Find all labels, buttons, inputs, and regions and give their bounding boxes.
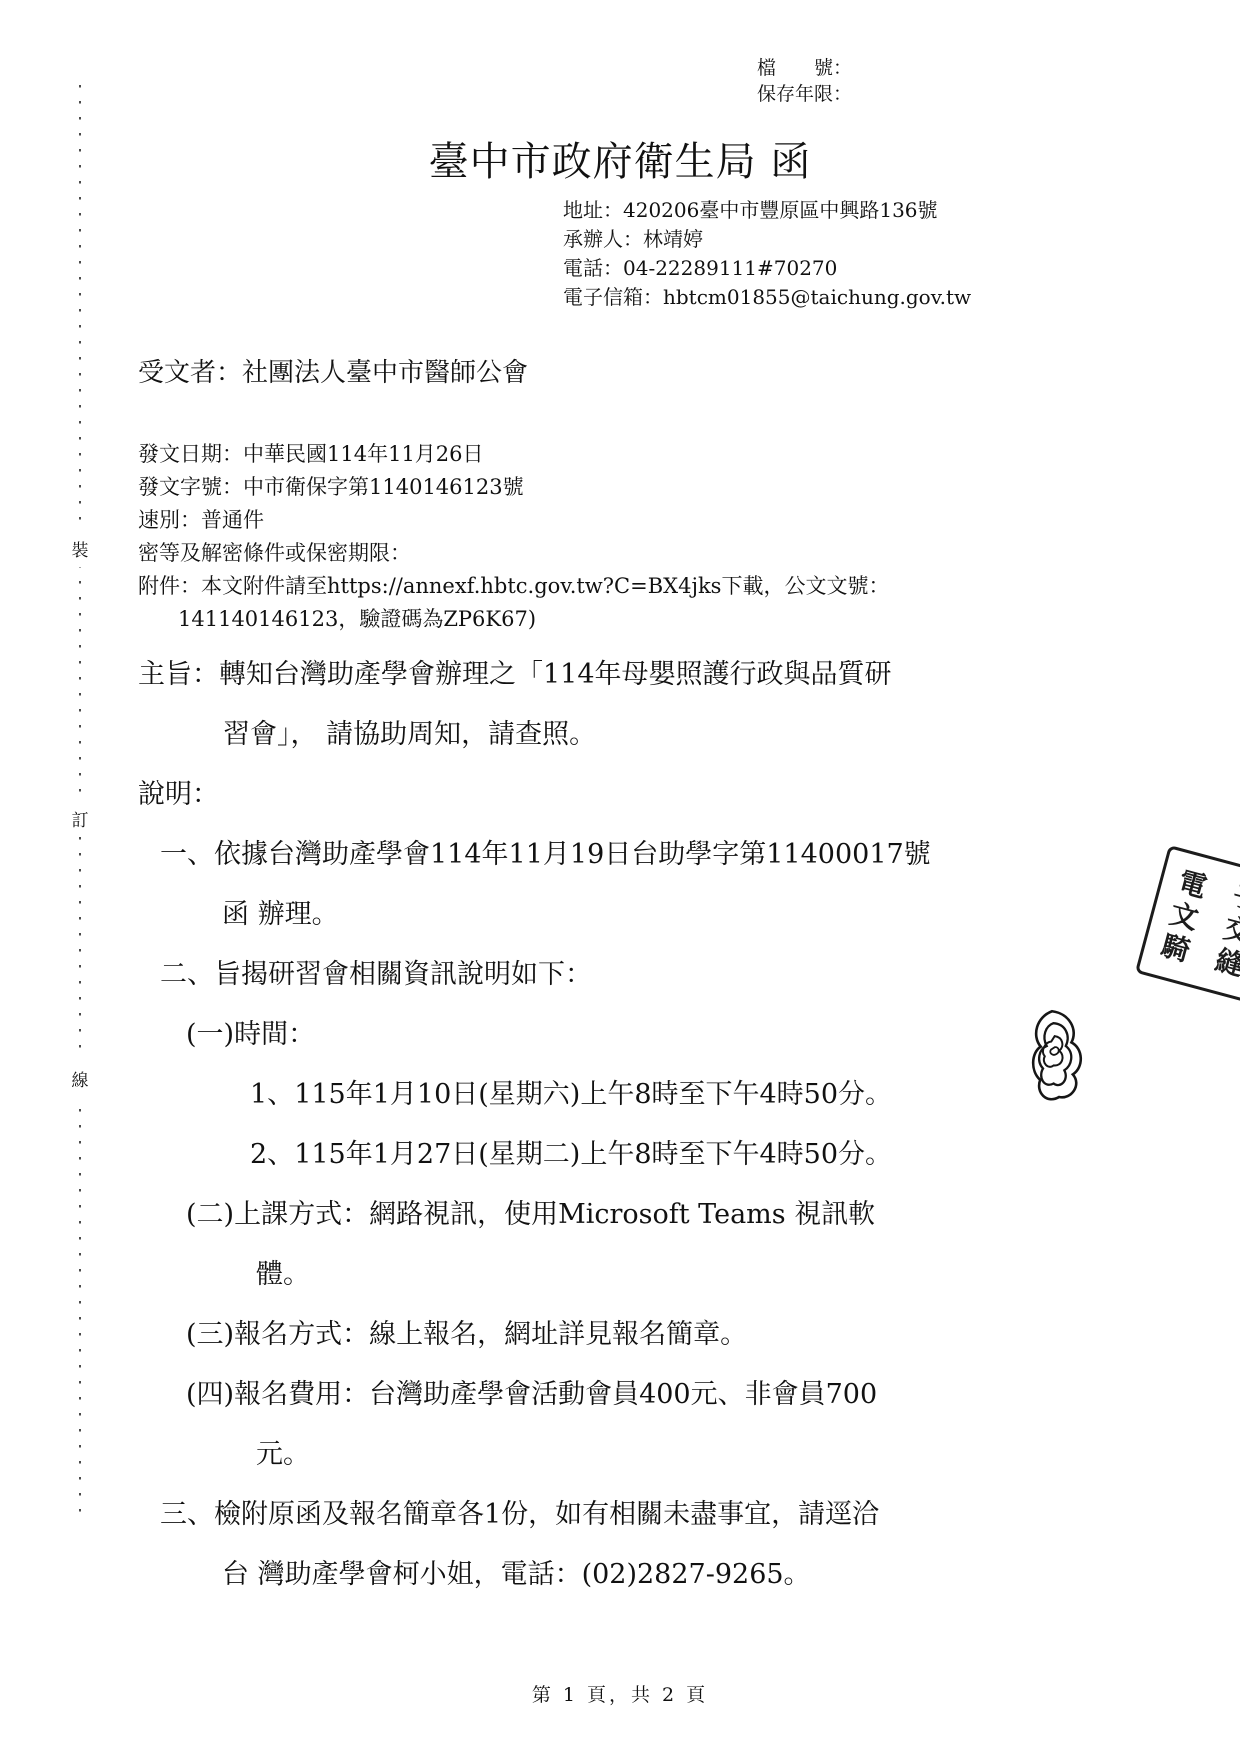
page-indicator: 第 1 頁，共 2 頁 [0, 1680, 1240, 1707]
document-meta-block: 發文日期：中華民國114年11月26日 發文字號：中市衛保字第114014612… [138, 438, 1038, 636]
letter-body: 主旨：轉知台灣助產學會辦理之「114年母嬰照護行政與品質研 習會」， 請協助周知… [138, 645, 988, 1605]
item1-line2: 函 辦理。 [222, 885, 988, 945]
list-item-1: 一、依據台灣助產學會114年11月19日台助學字第11400017號 函 辦理。 [160, 825, 988, 945]
attachment-text-line2: 141140146123，驗證碼為ZP6K67) [178, 603, 1038, 636]
subject-line2: 習會」， 請協助周知，請查照。 [223, 705, 988, 765]
item2-4-line1: 報名費用：台灣助產學會活動會員400元、非會員700 [234, 1379, 877, 1410]
exchange-perforation-stamp: 電文騎 子交縫 [1135, 845, 1240, 1003]
agency-contact-person: 承辦人：林靖婷 [563, 225, 971, 254]
list-item-2-2: (二)上課方式：網路視訊，使用Microsoft Teams 視訊軟 體。 [186, 1185, 988, 1305]
agency-phone: 電話：04-22289111#70270 [563, 254, 971, 283]
list-item-2-4: (四)報名費用：台灣助產學會活動會員400元、非會員700 元。 [186, 1365, 988, 1485]
speed-line: 速別：普通件 [138, 504, 1038, 537]
item2-3-number: (三) [186, 1319, 234, 1350]
file-number-block: 檔 號： 保存年限： [757, 55, 852, 107]
doc-number-line: 發文字號：中市衛保字第1140146123號 [138, 471, 1038, 504]
item2-2-line1: 上課方式：網路視訊，使用Microsoft Teams 視訊軟 [234, 1199, 875, 1230]
item2-1-line1: 時間： [234, 1019, 315, 1050]
stamp-left-column: 電文騎 [1153, 865, 1211, 969]
item2-4-number: (四) [186, 1379, 234, 1410]
agency-address: 地址：420206臺中市豐原區中興路136號 [563, 196, 971, 225]
list-item-2-3: (三)報名方式：線上報名，網址詳見報名簡章。 [186, 1305, 988, 1365]
item2-4-line2: 元。 [256, 1425, 988, 1485]
item1-number: 一、 [160, 839, 214, 870]
attachment-label: 附件： [138, 574, 201, 598]
list-item-2-1-2: 2、115年1月27日(星期二)上午8時至下午4時50分。 [250, 1125, 988, 1185]
item2-line1: 旨揭研習會相關資訊說明如下： [214, 959, 592, 990]
subject-line1: 轉知台灣助產學會辦理之「114年母嬰照護行政與品質研 [219, 659, 892, 690]
retention-label: 保存年限： [757, 81, 852, 107]
subject-paragraph: 主旨：轉知台灣助產學會辦理之「114年母嬰照護行政與品質研 習會」， 請協助周知… [138, 645, 988, 765]
agency-info-block: 地址：420206臺中市豐原區中興路136號 承辦人：林靖婷 電話：04-222… [563, 196, 971, 312]
item2-2-number: (二) [186, 1199, 234, 1230]
official-letter-page: 檔 號： 保存年限： 臺中市政府衛生局 函 地址：420206臺中市豐原區中興路… [0, 0, 1240, 1754]
binding-mark-zhuang: 裝 [70, 530, 90, 567]
file-no-label: 檔 號： [757, 55, 852, 81]
binding-mark-ding: 訂 [70, 800, 90, 837]
item2-number: 二、 [160, 959, 214, 990]
stamp-right-column: 子交縫 [1207, 879, 1240, 983]
agency-email: 電子信箱：hbtcm01855@taichung.gov.tw [563, 283, 971, 312]
document-title: 臺中市政府衛生局 函 [0, 130, 1240, 187]
explanation-label: 說明： [138, 765, 988, 825]
item2-1-2-number: 2、 [250, 1139, 294, 1170]
item2-2-line2: 體。 [256, 1245, 988, 1305]
list-item-2-1-1: 1、115年1月10日(星期六)上午8時至下午4時50分。 [250, 1065, 988, 1125]
attachment-line: 附件：本文附件請至https://annexf.hbtc.gov.tw?C=BX… [138, 570, 1038, 636]
item3-number: 三、 [160, 1499, 214, 1530]
security-line: 密等及解密條件或保密期限： [138, 537, 1038, 570]
item3-line1: 檢附原函及報名簡章各1份，如有相關未盡事宜，請逕洽 [214, 1499, 879, 1530]
item2-3-line1: 報名方式：線上報名，網址詳見報名簡章。 [234, 1319, 747, 1350]
item2-1-number: (一) [186, 1019, 234, 1050]
item2-1-1-line1: 115年1月10日(星期六)上午8時至下午4時50分。 [294, 1079, 892, 1110]
list-item-3: 三、檢附原函及報名簡章各1份，如有相關未盡事宜，請逕洽 台 灣助產學會柯小姐，電… [160, 1485, 988, 1605]
binding-mark-xian: 線 [70, 1060, 90, 1097]
recipient-line: 受文者：社團法人臺中市醫師公會 [138, 352, 528, 389]
list-item-2: 二、旨揭研習會相關資訊說明如下： [160, 945, 988, 1005]
item1-line1: 依據台灣助產學會114年11月19日台助學字第11400017號 [214, 839, 931, 870]
item3-line2: 台 灣助產學會柯小姐，電話：(02)2827-9265。 [222, 1545, 988, 1605]
attachment-text-line1: 本文附件請至https://annexf.hbtc.gov.tw?C=BX4jk… [201, 574, 889, 598]
issue-date-line: 發文日期：中華民國114年11月26日 [138, 438, 1038, 471]
item2-1-1-number: 1、 [250, 1079, 294, 1110]
subject-label: 主旨： [138, 659, 219, 690]
list-item-2-1: (一)時間： [186, 1005, 988, 1065]
item2-1-2-line1: 115年1月27日(星期二)上午8時至下午4時50分。 [294, 1139, 892, 1170]
seal-scribble-icon [1023, 1003, 1092, 1112]
